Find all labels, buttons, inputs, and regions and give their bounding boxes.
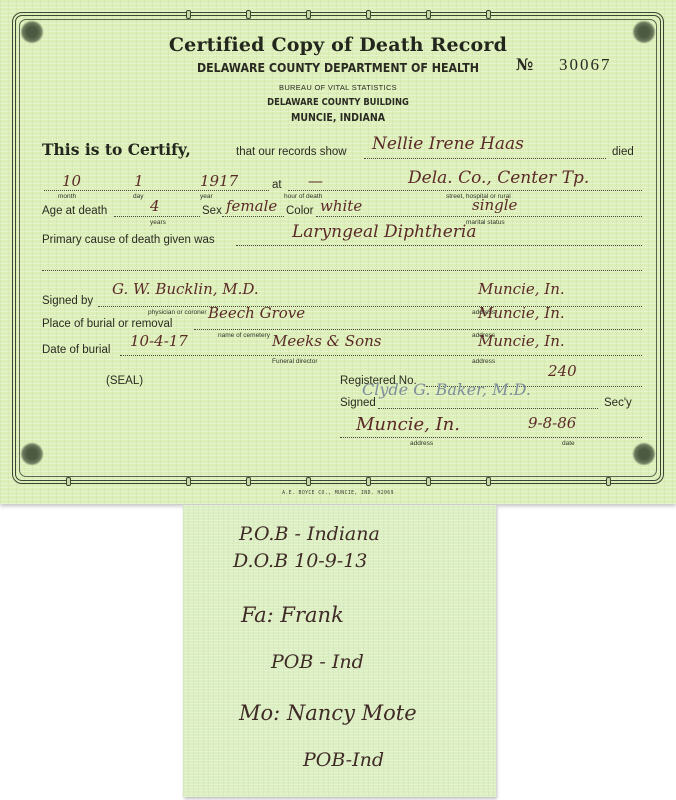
signed-line bbox=[378, 408, 598, 409]
registered-number: 240 bbox=[548, 362, 577, 380]
caption-year: year bbox=[200, 193, 213, 200]
funeral-director-value: Meeks & Sons bbox=[272, 332, 381, 350]
building-name: DELAWARE COUNTY BUILDING bbox=[41, 97, 636, 108]
age-line bbox=[114, 216, 200, 217]
marital-status-value: single bbox=[472, 196, 517, 214]
border-knot-icon bbox=[426, 477, 431, 486]
place-line bbox=[288, 190, 642, 191]
city-name: MUNCIE, INDIANA bbox=[34, 112, 642, 124]
name-line bbox=[364, 158, 606, 159]
corner-ornament-icon bbox=[632, 442, 656, 466]
issue-address: Muncie, In. bbox=[356, 414, 460, 435]
caption-cemetery: name of cemetery bbox=[218, 332, 270, 339]
hour-of-death: — bbox=[308, 172, 323, 190]
records-show-label: that our records show bbox=[236, 146, 347, 158]
number-label: № bbox=[516, 55, 533, 74]
department-name: DELAWARE COUNTY DEPARTMENT OF HEALTH bbox=[27, 61, 649, 75]
border-knot-icon bbox=[66, 477, 71, 486]
handwritten-note-card: P.O.B - Indiana D.O.B 10-9-13 Fa: Frank … bbox=[183, 505, 496, 797]
signed-by-label: Signed by bbox=[42, 295, 93, 307]
age-value: 4 bbox=[150, 197, 160, 215]
caption-funeral-director: Funeral director bbox=[272, 358, 318, 365]
cause-label: Primary cause of death given was bbox=[42, 234, 215, 246]
burial-date-value: 10-4-17 bbox=[130, 332, 188, 350]
note-line-pob: P.O.B - Indiana bbox=[239, 523, 380, 545]
border-knot-icon bbox=[246, 10, 251, 19]
cemetery-address: Muncie, In. bbox=[478, 304, 565, 322]
caption-address: address bbox=[472, 358, 495, 365]
note-line-mother: Mo: Nancy Mote bbox=[239, 701, 417, 725]
sex-line bbox=[222, 216, 284, 217]
cause-line bbox=[236, 245, 642, 246]
color-label: Color bbox=[286, 205, 313, 217]
printer-imprint: A.E. BOYCE CO., MUNCIE, IND. H2069 bbox=[0, 491, 676, 496]
border-knot-icon bbox=[486, 477, 491, 486]
border-knot-icon bbox=[306, 477, 311, 486]
border-knot-icon bbox=[486, 10, 491, 19]
note-line-father: Fa: Frank bbox=[241, 603, 344, 627]
issue-date: 9-8-86 bbox=[528, 414, 576, 432]
note-line-father-pob: POB - Ind bbox=[271, 651, 364, 673]
burial-place-line bbox=[194, 329, 642, 330]
color-marital-line bbox=[316, 216, 642, 217]
death-year: 1917 bbox=[200, 172, 238, 190]
physician-signature: G. W. Bucklin, M.D. bbox=[112, 280, 259, 298]
note-line-dob: D.O.B 10-9-13 bbox=[233, 550, 367, 572]
note-line-mother-pob: POB-Ind bbox=[303, 749, 384, 771]
blank-line bbox=[42, 270, 642, 271]
sex-label: Sex bbox=[202, 205, 222, 217]
caption-address: address bbox=[410, 440, 433, 447]
secy-label: Sec'y bbox=[604, 397, 632, 409]
place-of-death: Dela. Co., Center Tp. bbox=[408, 168, 589, 188]
burial-place-label: Place of burial or removal bbox=[42, 318, 172, 330]
caption-day: day bbox=[133, 193, 143, 200]
border-knot-icon bbox=[426, 10, 431, 19]
died-label: died bbox=[612, 146, 634, 158]
border-knot-icon bbox=[186, 10, 191, 19]
caption-years: years bbox=[150, 219, 166, 226]
bureau-name: BUREAU OF VITAL STATISTICS bbox=[0, 83, 676, 92]
death-certificate: Certified Copy of Death Record DELAWARE … bbox=[0, 0, 676, 504]
at-label: at bbox=[272, 179, 282, 191]
physician-address: Muncie, In. bbox=[478, 280, 565, 298]
border-knot-icon bbox=[306, 10, 311, 19]
seal-label: (SEAL) bbox=[106, 375, 143, 387]
corner-ornament-icon bbox=[20, 442, 44, 466]
border-knot-icon bbox=[606, 477, 611, 486]
certify-heading: This is to Certify, bbox=[42, 140, 191, 159]
burial-date-line bbox=[120, 355, 642, 356]
cause-of-death: Laryngeal Diphtheria bbox=[292, 222, 476, 242]
caption-date: date bbox=[562, 440, 575, 447]
sex-value: female bbox=[226, 197, 277, 215]
caption-physician: physician or coroner bbox=[148, 309, 207, 316]
color-value: white bbox=[320, 197, 362, 215]
death-day: 1 bbox=[134, 172, 144, 190]
funeral-address: Muncie, In. bbox=[478, 332, 565, 350]
age-label: Age at death bbox=[42, 205, 107, 217]
border-knot-icon bbox=[366, 10, 371, 19]
date-line bbox=[44, 190, 269, 191]
certificate-number: 30067 bbox=[559, 55, 612, 75]
border-knot-icon bbox=[246, 477, 251, 486]
death-month: 10 bbox=[62, 172, 81, 190]
cemetery-name: Beech Grove bbox=[208, 304, 305, 322]
secretary-signature: Clyde G. Baker, M.D. bbox=[362, 380, 531, 399]
burial-date-label: Date of burial bbox=[42, 344, 110, 356]
border-knot-icon bbox=[366, 477, 371, 486]
caption-month: month bbox=[58, 193, 76, 200]
caption-hour: hour of death bbox=[284, 193, 322, 200]
document-title: Certified Copy of Death Record bbox=[0, 34, 676, 56]
deceased-name: Nellie Irene Haas bbox=[372, 134, 524, 154]
address-date-line bbox=[340, 437, 642, 438]
border-knot-icon bbox=[186, 477, 191, 486]
